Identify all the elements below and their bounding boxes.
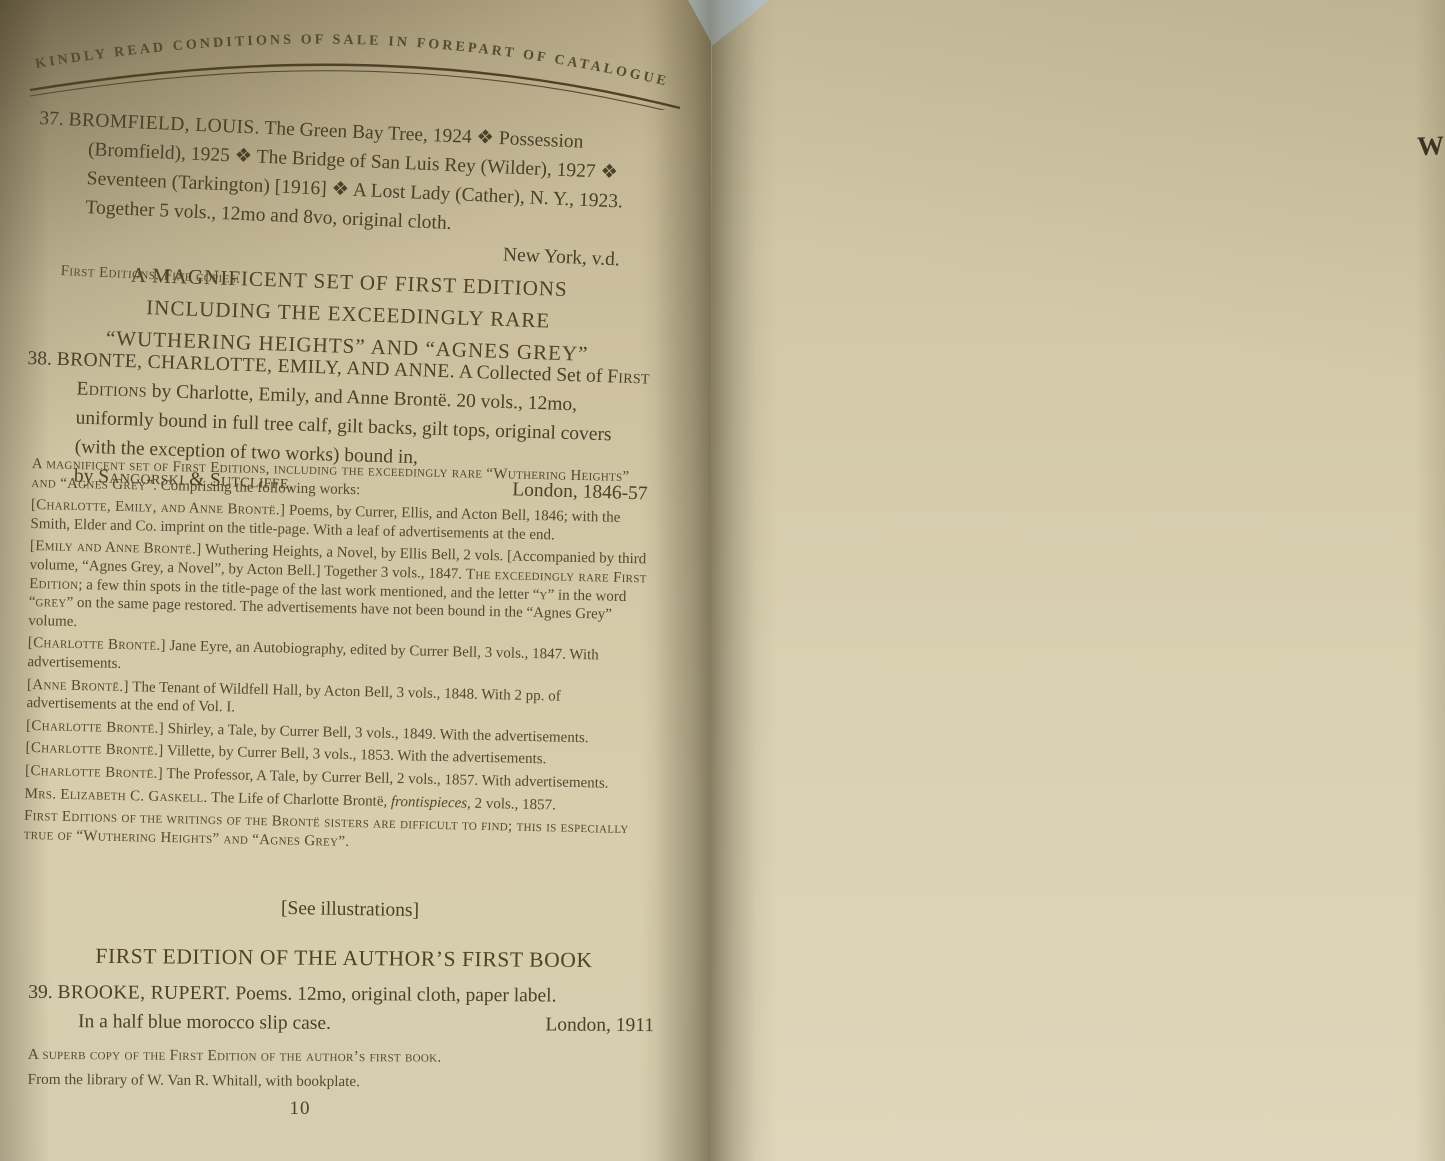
wh-author: ELLIS BELL, [1413,342,1445,367]
lot-39-number: 39. [28,982,53,1003]
lot-39-entry: 39. BROOKE, RUPERT. Poems. 12mo, origina… [28,978,655,1093]
wh-subtitle: A NOVEL, [1412,242,1445,264]
lot-39-text: BROOKE, RUPERT. Poems. 12mo, original cl… [57,982,556,1006]
lot-38-text: BRONTE, CHARLOTTE, EMILY, AND ANNE. A Co… [56,349,650,468]
conditions-notice: KINDLY READ CONDITIONS OF SALE IN FOREPA… [34,33,670,90]
wh-year: 1847. [1417,674,1445,697]
lot-38-note: [Emily and Anne Brontë.] Wuthering Heigh… [28,537,656,644]
wh-publisher: THOMAS CAUTLEY NEWBY, PUBLISHER, [1416,600,1445,622]
wh-by: BY [1413,295,1445,312]
wuthering-heights-title-page: WUTHERING HEIGHTS A NOVEL, BY ELLIS BELL… [1410,92,1445,737]
see-illustrations-note: [See illustrations] [150,896,550,924]
catalogue-left-page: KINDLY READ CONDITIONS OF SALE IN FOREPA… [0,0,712,1161]
wh-volume-number: VOL. I. [1415,494,1445,519]
lot-39-condition-note: A superb copy of the First Edition of th… [28,1045,654,1068]
lot-37-number: 37. [39,108,64,130]
wh-address: 72, MORTIMER ST., CAVENDISH SQ. [1417,626,1445,646]
wh-volumes: IN THREE VOLUMES. [1414,424,1445,442]
conditions-header-arc: KINDLY READ CONDITIONS OF SALE IN FOREPA… [16,24,692,110]
wh-title: WUTHERING HEIGHTS [1410,115,1445,163]
lot-38-notes: A magnificent set of First Editions, inc… [23,455,657,862]
lot-38-number: 38. [27,348,52,370]
wh-city: LONDON: [1416,568,1445,591]
page-number: 10 [240,1098,360,1120]
lot-37-text: BROMFIELD, LOUIS. The Green Bay Tree, 19… [68,109,623,234]
svg-text:KINDLY READ CONDITIONS OF SALE: KINDLY READ CONDITIONS OF SALE IN FOREPA… [34,33,670,90]
catalogue-right-page: WUTHERING HEIGHTS A NOVEL, BY ELLIS BELL… [704,0,1445,1161]
open-catalogue-photo: KINDLY READ CONDITIONS OF SALE IN FOREPA… [0,0,1445,1161]
lot-39-imprint: London, 1911 [545,1010,654,1040]
lot-39-provenance-note: From the library of W. Van R. Whitall, w… [28,1070,654,1093]
lot-39-body: 39. BROOKE, RUPERT. Poems. 12mo, origina… [28,978,654,1011]
lot-39-section-heading: FIRST EDITION OF THE AUTHOR’S FIRST BOOK [38,943,650,973]
lot-39-case-note: In a half blue morocco slip case. [78,1007,331,1038]
lot-39-last-line: In a half blue morocco slip case. London… [28,1007,654,1040]
